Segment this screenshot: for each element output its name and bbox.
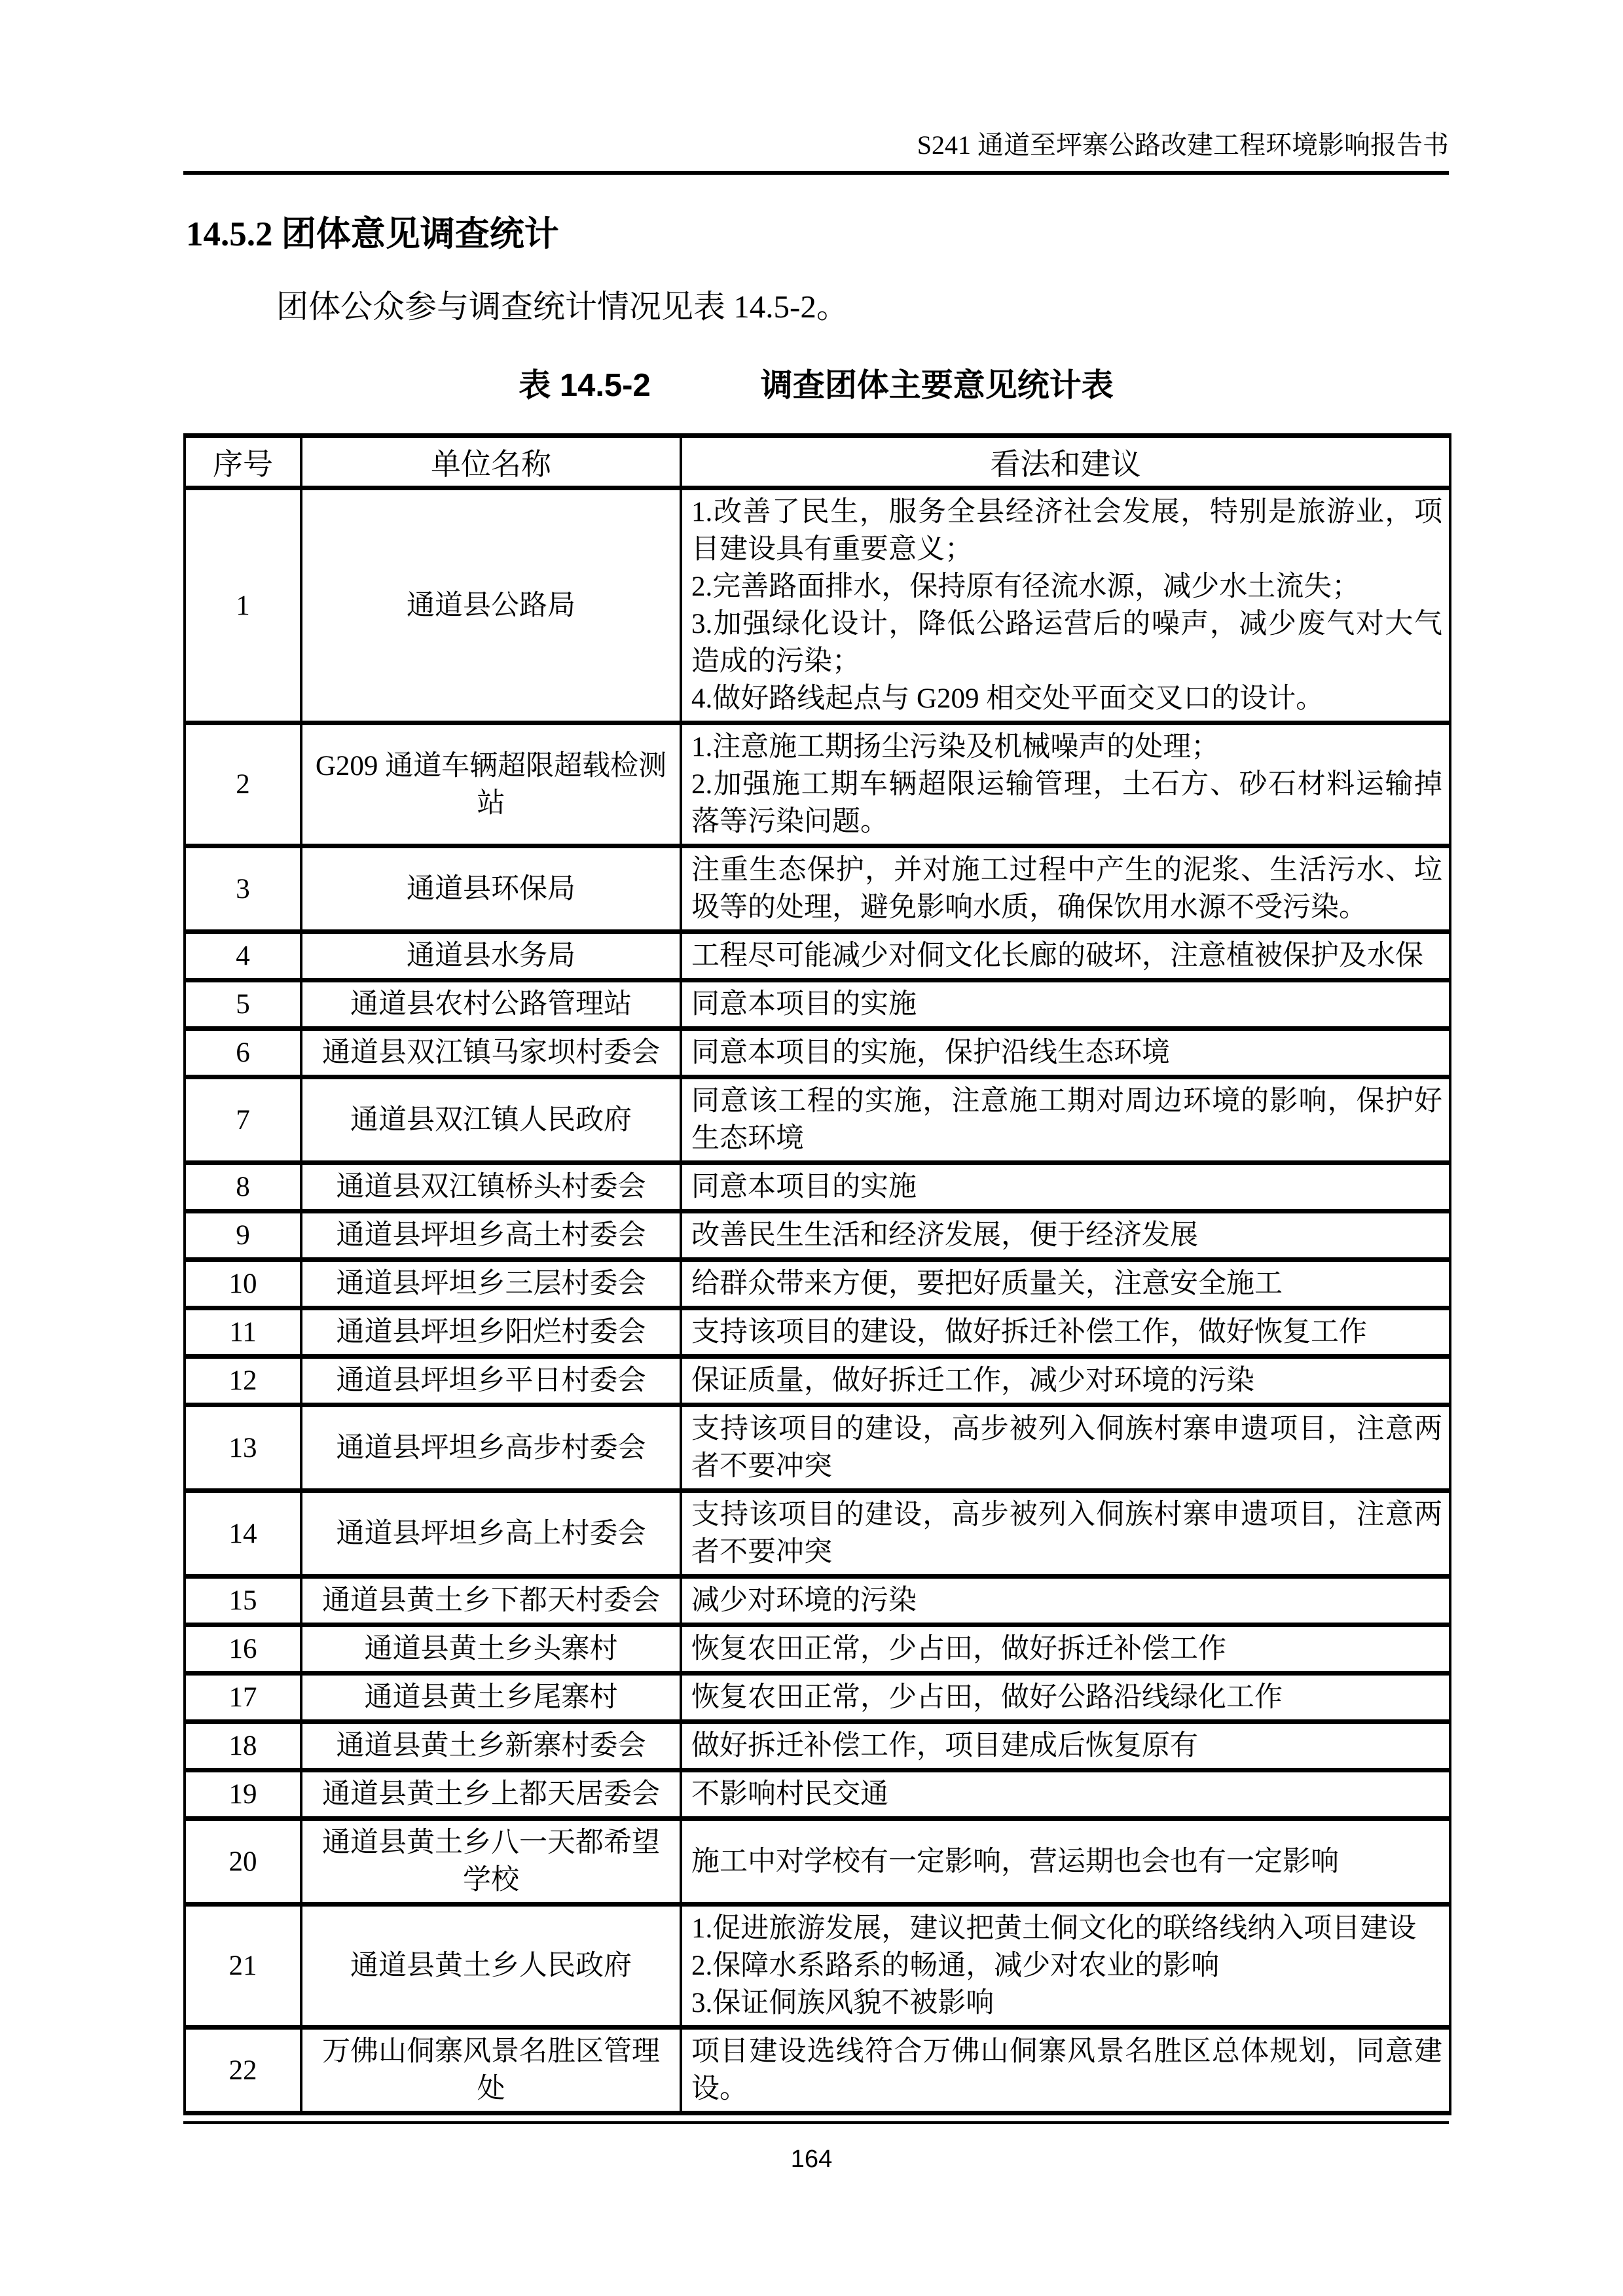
header-rule bbox=[183, 171, 1449, 175]
cell-opinion: 1.注意施工期扬尘污染及机械噪声的处理； 2.加强施工期车辆超限运输管理，土石方… bbox=[681, 723, 1450, 846]
cell-no: 1 bbox=[185, 488, 301, 723]
cell-no: 22 bbox=[185, 2028, 301, 2113]
cell-opinion: 支持该项目的建设，高步被列入侗族村寨申遗项目，注意两者不要冲突 bbox=[681, 1405, 1450, 1491]
cell-no: 7 bbox=[185, 1077, 301, 1163]
table-row: 19 通道县黄土乡上都天居委会 不影响村民交通 bbox=[185, 1770, 1450, 1819]
table-row: 9 通道县坪坦乡高土村委会 改善民生生活和经济发展，便于经济发展 bbox=[185, 1211, 1450, 1260]
col-header-unit: 单位名称 bbox=[301, 436, 681, 488]
table-row: 13 通道县坪坦乡高步村委会 支持该项目的建设，高步被列入侗族村寨申遗项目，注意… bbox=[185, 1405, 1450, 1491]
table-row: 21 通道县黄土乡人民政府 1.促进旅游发展，建议把黄土侗文化的联络线纳入项目建… bbox=[185, 1905, 1450, 2028]
cell-opinion: 恢复农田正常，少占田，做好拆迁补偿工作 bbox=[681, 1625, 1450, 1674]
cell-no: 4 bbox=[185, 932, 301, 980]
table-row: 17 通道县黄土乡尾寨村 恢复农田正常，少占田，做好公路沿线绿化工作 bbox=[185, 1674, 1450, 1722]
cell-unit: 通道县公路局 bbox=[301, 488, 681, 723]
page-number: 164 bbox=[0, 2145, 1623, 2174]
cell-unit: 通道县坪坦乡平日村委会 bbox=[301, 1357, 681, 1405]
cell-unit: 通道县农村公路管理站 bbox=[301, 980, 681, 1029]
table-row: 12 通道县坪坦乡平日村委会 保证质量，做好拆迁工作，减少对环境的污染 bbox=[185, 1357, 1450, 1405]
cell-opinion: 1.促进旅游发展，建议把黄土侗文化的联络线纳入项目建设 2.保障水系路系的畅通，… bbox=[681, 1905, 1450, 2028]
cell-unit: 通道县环保局 bbox=[301, 846, 681, 932]
table-row: 6 通道县双江镇马家坝村委会 同意本项目的实施，保护沿线生态环境 bbox=[185, 1029, 1450, 1077]
cell-no: 8 bbox=[185, 1163, 301, 1211]
cell-no: 21 bbox=[185, 1905, 301, 2028]
cell-opinion: 注重生态保护，并对施工过程中产生的泥浆、生活污水、垃圾等的处理，避免影响水质，确… bbox=[681, 846, 1450, 932]
cell-opinion: 同意本项目的实施，保护沿线生态环境 bbox=[681, 1029, 1450, 1077]
table-caption-title: 调查团体主要意见统计表 bbox=[761, 360, 1114, 406]
cell-unit: 万佛山侗寨风景名胜区管理处 bbox=[301, 2028, 681, 2113]
cell-no: 3 bbox=[185, 846, 301, 932]
table-row: 3 通道县环保局 注重生态保护，并对施工过程中产生的泥浆、生活污水、垃圾等的处理… bbox=[185, 846, 1450, 932]
cell-opinion: 项目建设选线符合万佛山侗寨风景名胜区总体规划，同意建设。 bbox=[681, 2028, 1450, 2113]
cell-opinion: 不影响村民交通 bbox=[681, 1770, 1450, 1819]
table-row: 8 通道县双江镇桥头村委会 同意本项目的实施 bbox=[185, 1163, 1450, 1211]
col-header-no: 序号 bbox=[185, 436, 301, 488]
cell-opinion: 同意本项目的实施 bbox=[681, 980, 1450, 1029]
cell-no: 2 bbox=[185, 723, 301, 846]
table-row: 22 万佛山侗寨风景名胜区管理处 项目建设选线符合万佛山侗寨风景名胜区总体规划，… bbox=[185, 2028, 1450, 2113]
cell-unit: 通道县黄土乡头寨村 bbox=[301, 1625, 681, 1674]
page-content: S241 通道至坪寨公路改建工程环境影响报告书 14.5.2 团体意见调查统计 … bbox=[183, 0, 1449, 2124]
cell-unit: 通道县黄土乡上都天居委会 bbox=[301, 1770, 681, 1819]
table-row: 5 通道县农村公路管理站 同意本项目的实施 bbox=[185, 980, 1450, 1029]
cell-no: 14 bbox=[185, 1491, 301, 1577]
cell-no: 16 bbox=[185, 1625, 301, 1674]
cell-opinion: 给群众带来方便，要把好质量关，注意安全施工 bbox=[681, 1260, 1450, 1308]
table-row: 4 通道县水务局 工程尽可能减少对侗文化长廊的破坏，注意植被保护及水保 bbox=[185, 932, 1450, 980]
table-row: 10 通道县坪坦乡三层村委会 给群众带来方便，要把好质量关，注意安全施工 bbox=[185, 1260, 1450, 1308]
cell-unit: 通道县坪坦乡高土村委会 bbox=[301, 1211, 681, 1260]
cell-opinion: 减少对环境的污染 bbox=[681, 1577, 1450, 1625]
cell-unit: 通道县黄土乡新寨村委会 bbox=[301, 1722, 681, 1770]
cell-unit: 通道县双江镇马家坝村委会 bbox=[301, 1029, 681, 1077]
cell-no: 20 bbox=[185, 1819, 301, 1905]
cell-unit: 通道县水务局 bbox=[301, 932, 681, 980]
page-header: S241 通道至坪寨公路改建工程环境影响报告书 bbox=[183, 0, 1449, 161]
cell-unit: 通道县黄土乡八一天都希望学校 bbox=[301, 1819, 681, 1905]
cell-opinion: 施工中对学校有一定影响，营运期也会也有一定影响 bbox=[681, 1819, 1450, 1905]
table-row: 16 通道县黄土乡头寨村 恢复农田正常，少占田，做好拆迁补偿工作 bbox=[185, 1625, 1450, 1674]
opinion-survey-table: 序号 单位名称 看法和建议 1 通道县公路局 1.改善了民生，服务全县经济社会发… bbox=[183, 433, 1451, 2115]
cell-opinion: 恢复农田正常，少占田，做好公路沿线绿化工作 bbox=[681, 1674, 1450, 1722]
table-row: 15 通道县黄土乡下都天村委会 减少对环境的污染 bbox=[185, 1577, 1450, 1625]
cell-unit: 通道县坪坦乡三层村委会 bbox=[301, 1260, 681, 1308]
table-row: 7 通道县双江镇人民政府 同意该工程的实施，注意施工期对周边环境的影响，保护好生… bbox=[185, 1077, 1450, 1163]
cell-opinion: 1.改善了民生，服务全县经济社会发展，特别是旅游业，项目建设具有重要意义； 2.… bbox=[681, 488, 1450, 723]
cell-unit: G209 通道车辆超限超载检测站 bbox=[301, 723, 681, 846]
cell-unit: 通道县坪坦乡高步村委会 bbox=[301, 1405, 681, 1491]
cell-no: 19 bbox=[185, 1770, 301, 1819]
cell-unit: 通道县坪坦乡高上村委会 bbox=[301, 1491, 681, 1577]
table-row: 1 通道县公路局 1.改善了民生，服务全县经济社会发展，特别是旅游业，项目建设具… bbox=[185, 488, 1450, 723]
cell-opinion: 支持该项目的建设，高步被列入侗族村寨申遗项目，注意两者不要冲突 bbox=[681, 1491, 1450, 1577]
table-row: 14 通道县坪坦乡高上村委会 支持该项目的建设，高步被列入侗族村寨申遗项目，注意… bbox=[185, 1491, 1450, 1577]
cell-opinion: 保证质量，做好拆迁工作，减少对环境的污染 bbox=[681, 1357, 1450, 1405]
cell-opinion: 同意本项目的实施 bbox=[681, 1163, 1450, 1211]
cell-unit: 通道县双江镇桥头村委会 bbox=[301, 1163, 681, 1211]
col-header-opinion: 看法和建议 bbox=[681, 436, 1450, 488]
cell-unit: 通道县双江镇人民政府 bbox=[301, 1077, 681, 1163]
section-heading: 14.5.2 团体意见调查统计 bbox=[186, 214, 1449, 256]
table-row: 2 G209 通道车辆超限超载检测站 1.注意施工期扬尘污染及机械噪声的处理； … bbox=[185, 723, 1450, 846]
document-page: { "page": { "header_text": "S241 通道至坪寨公路… bbox=[0, 0, 1623, 2296]
cell-no: 13 bbox=[185, 1405, 301, 1491]
cell-no: 18 bbox=[185, 1722, 301, 1770]
table-row: 18 通道县黄土乡新寨村委会 做好拆迁补偿工作，项目建成后恢复原有 bbox=[185, 1722, 1450, 1770]
cell-no: 12 bbox=[185, 1357, 301, 1405]
cell-no: 5 bbox=[185, 980, 301, 1029]
cell-opinion: 改善民生生活和经济发展，便于经济发展 bbox=[681, 1211, 1450, 1260]
table-row: 11 通道县坪坦乡阳烂村委会 支持该项目的建设，做好拆迁补偿工作，做好恢复工作 bbox=[185, 1308, 1450, 1357]
cell-unit: 通道县黄土乡人民政府 bbox=[301, 1905, 681, 2028]
cell-opinion: 同意该工程的实施，注意施工期对周边环境的影响，保护好生态环境 bbox=[681, 1077, 1450, 1163]
cell-no: 10 bbox=[185, 1260, 301, 1308]
cell-opinion: 做好拆迁补偿工作，项目建成后恢复原有 bbox=[681, 1722, 1450, 1770]
cell-opinion: 支持该项目的建设，做好拆迁补偿工作，做好恢复工作 bbox=[681, 1308, 1450, 1357]
cell-no: 17 bbox=[185, 1674, 301, 1722]
table-row: 20 通道县黄土乡八一天都希望学校 施工中对学校有一定影响，营运期也会也有一定影… bbox=[185, 1819, 1450, 1905]
intro-paragraph: 团体公众参与调查统计情况见表 14.5-2。 bbox=[183, 286, 1449, 328]
cell-no: 9 bbox=[185, 1211, 301, 1260]
table-caption: 表 14.5-2 调查团体主要意见统计表 bbox=[183, 360, 1449, 406]
cell-no: 6 bbox=[185, 1029, 301, 1077]
cell-no: 11 bbox=[185, 1308, 301, 1357]
table-header-row: 序号 单位名称 看法和建议 bbox=[185, 436, 1450, 488]
cell-unit: 通道县黄土乡下都天村委会 bbox=[301, 1577, 681, 1625]
cell-opinion: 工程尽可能减少对侗文化长廊的破坏，注意植被保护及水保 bbox=[681, 932, 1450, 980]
cell-unit: 通道县坪坦乡阳烂村委会 bbox=[301, 1308, 681, 1357]
cell-no: 15 bbox=[185, 1577, 301, 1625]
cell-unit: 通道县黄土乡尾寨村 bbox=[301, 1674, 681, 1722]
table-caption-label: 表 14.5-2 bbox=[519, 360, 651, 406]
table-bottom-rule bbox=[183, 2121, 1449, 2124]
